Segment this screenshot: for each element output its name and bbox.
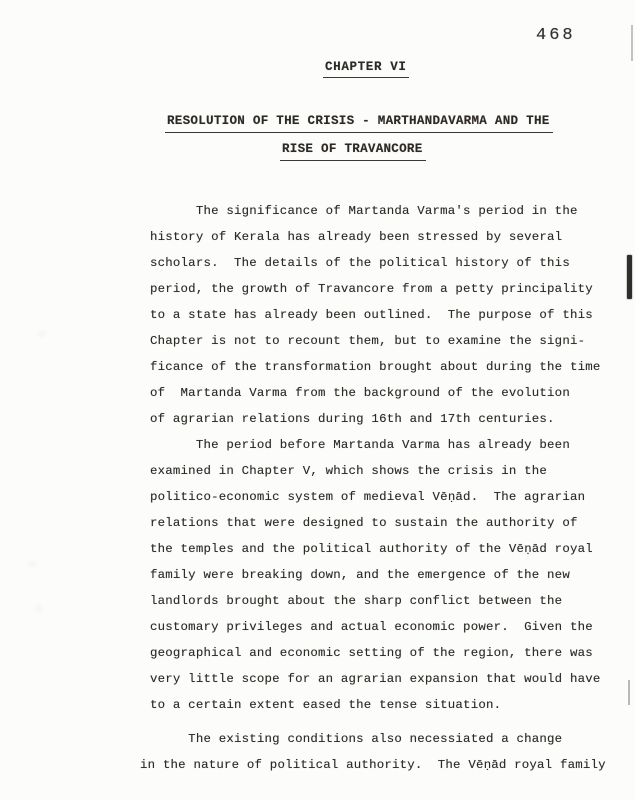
text-line: relations that were designed to sustain … xyxy=(150,510,630,536)
body-text: The significance of Martanda Varma's per… xyxy=(150,198,630,778)
chapter-heading: CHAPTER VI xyxy=(323,60,409,78)
text-line: geographical and economic setting of the… xyxy=(150,640,630,666)
text-line: to a certain extent eased the tense situ… xyxy=(150,692,630,718)
text-line: The period before Martanda Varma has alr… xyxy=(150,432,630,458)
text-line: examined in Chapter V, which shows the c… xyxy=(150,458,630,484)
scan-smudge xyxy=(38,332,46,336)
text-line: of agrarian relations during 16th and 17… xyxy=(150,406,630,432)
scan-artifact-edge-bar xyxy=(627,255,632,299)
text-line: scholars. The details of the political h… xyxy=(150,250,630,276)
paragraph: The significance of Martanda Varma's per… xyxy=(150,198,630,432)
text-line: period, the growth of Travancore from a … xyxy=(150,276,630,302)
text-line: The significance of Martanda Varma's per… xyxy=(150,198,630,224)
scanned-thesis-page: 468 CHAPTER VI RESOLUTION OF THE CRISIS … xyxy=(0,0,635,800)
text-line: politico-economic system of medieval Vēṇ… xyxy=(150,484,630,510)
text-line: The existing conditions also necessiated… xyxy=(150,726,630,752)
text-line: history of Kerala has already been stres… xyxy=(150,224,630,250)
text-line: landlords brought about the sharp confli… xyxy=(150,588,630,614)
text-line: family were breaking down, and the emerg… xyxy=(150,562,630,588)
text-line: ficance of the transformation brought ab… xyxy=(150,354,630,380)
chapter-title-line-1: RESOLUTION OF THE CRISIS - MARTHANDAVARM… xyxy=(165,114,553,133)
text-line: Chapter is not to recount them, but to e… xyxy=(150,328,630,354)
scan-artifact-edge-line xyxy=(631,25,633,61)
text-line: to a state has already been outlined. Th… xyxy=(150,302,630,328)
text-line: the temples and the political authority … xyxy=(150,536,630,562)
scan-smudge xyxy=(28,562,37,566)
scan-smudge xyxy=(36,606,42,611)
text-line: very little scope for an agrarian expans… xyxy=(150,666,630,692)
text-line: customary privileges and actual economic… xyxy=(150,614,630,640)
scan-artifact-edge-line xyxy=(628,680,630,705)
chapter-title-line-2: RISE OF TRAVANCORE xyxy=(280,142,426,161)
text-line: of Martanda Varma from the background of… xyxy=(150,380,630,406)
page-number: 468 xyxy=(536,26,576,45)
paragraph: The existing conditions also necessiated… xyxy=(150,726,630,778)
text-line: in the nature of political authority. Th… xyxy=(140,752,630,778)
paragraph: The period before Martanda Varma has alr… xyxy=(150,432,630,718)
